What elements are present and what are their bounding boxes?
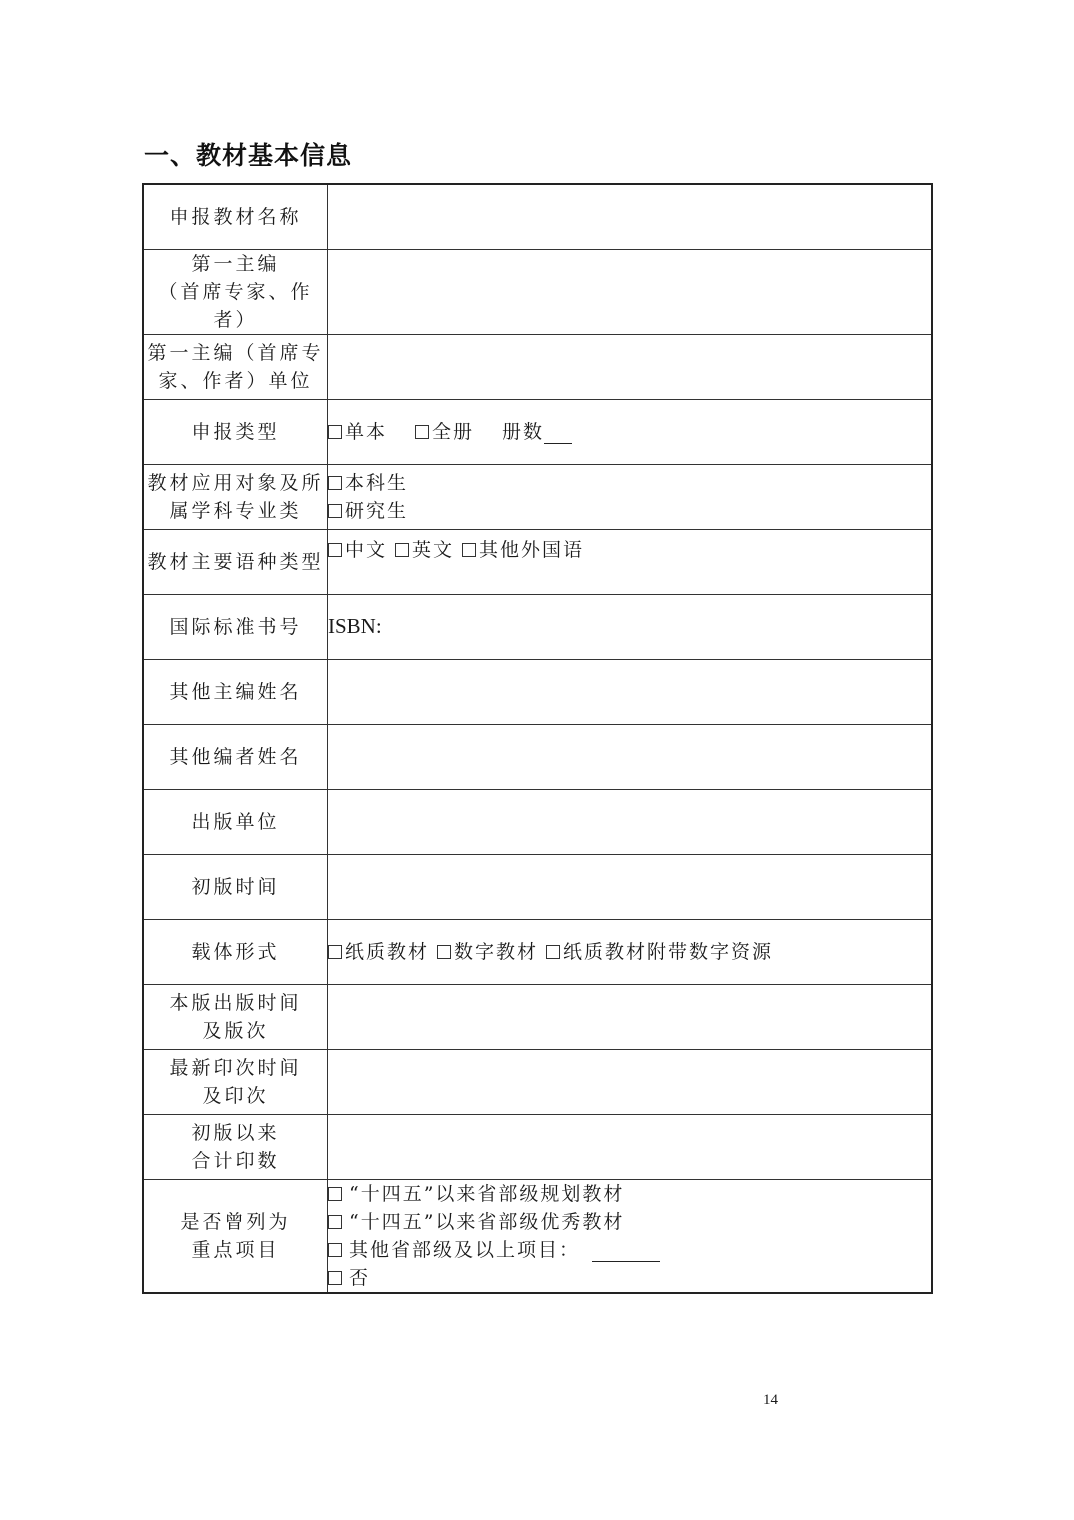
checkbox-icon[interactable]: [328, 476, 342, 490]
field-total-printed[interactable]: [328, 1114, 933, 1179]
section-title: 一、教材基本信息: [144, 136, 352, 172]
field-key-project: “十四五”以来省部级规划教材 “十四五”以来省部级优秀教材 其他省部级及以上项目…: [328, 1179, 933, 1293]
option-digital[interactable]: 数字教材: [437, 938, 538, 966]
checkbox-icon[interactable]: [328, 504, 342, 518]
label-isbn: 国际标准书号: [143, 594, 328, 659]
option-graduate[interactable]: 研究生: [328, 497, 931, 525]
checkbox-icon[interactable]: [328, 1271, 342, 1285]
row-key-project: 是否曾列为 重点项目 “十四五”以来省部级规划教材 “十四五”以来省部级优秀教材…: [143, 1179, 932, 1293]
checkbox-icon[interactable]: [546, 945, 560, 959]
field-language: 中文英文其他外国语: [328, 529, 933, 594]
row-current-edition: 本版出版时间 及版次: [143, 984, 932, 1049]
field-first-editor[interactable]: [328, 249, 933, 334]
option-other-foreign[interactable]: 其他外国语: [462, 536, 584, 564]
label-first-editor-unit: 第一主编（首席专 家、作者）单位: [143, 334, 328, 399]
field-carrier-form: 纸质教材数字教材纸质教材附带数字资源: [328, 919, 933, 984]
textbook-info-table: 申报教材名称 第一主编 （首席专家、作 者） 第一主编（首席专 家、作者）单位 …: [142, 183, 933, 1294]
isbn-prefix: ISBN:: [328, 614, 382, 638]
option-no[interactable]: 否: [328, 1264, 931, 1292]
option-undergraduate[interactable]: 本科生: [328, 469, 931, 497]
checkbox-icon[interactable]: [437, 945, 451, 959]
field-first-editor-unit[interactable]: [328, 334, 933, 399]
checkbox-icon[interactable]: [328, 945, 342, 959]
option-other-project[interactable]: 其他省部级及以上项目：: [328, 1236, 931, 1264]
field-application-type: 单本全册册数: [328, 399, 933, 464]
label-latest-printing: 最新印次时间 及印次: [143, 1049, 328, 1114]
row-other-editors: 其他编者姓名: [143, 724, 932, 789]
row-application-type: 申报类型 单本全册册数: [143, 399, 932, 464]
label-carrier-form: 载体形式: [143, 919, 328, 984]
row-latest-printing: 最新印次时间 及印次: [143, 1049, 932, 1114]
row-publisher: 出版单位: [143, 789, 932, 854]
field-current-edition[interactable]: [328, 984, 933, 1049]
checkbox-icon[interactable]: [415, 425, 429, 439]
field-first-edition-date[interactable]: [328, 854, 933, 919]
field-isbn[interactable]: ISBN:: [328, 594, 933, 659]
label-total-printed: 初版以来 合计印数: [143, 1114, 328, 1179]
field-latest-printing[interactable]: [328, 1049, 933, 1114]
row-isbn: 国际标准书号 ISBN:: [143, 594, 932, 659]
other-project-field[interactable]: [592, 1241, 660, 1262]
checkbox-icon[interactable]: [328, 1187, 342, 1201]
label-audience: 教材应用对象及所 属学科专业类: [143, 464, 328, 529]
option-english[interactable]: 英文: [395, 536, 454, 564]
checkbox-icon[interactable]: [328, 425, 342, 439]
volume-count-field[interactable]: [544, 423, 572, 444]
row-textbook-name: 申报教材名称: [143, 184, 932, 249]
row-language: 教材主要语种类型 中文英文其他外国语: [143, 529, 932, 594]
volume-count-label: 册数: [502, 421, 544, 443]
option-excellent-textbook[interactable]: “十四五”以来省部级优秀教材: [328, 1208, 931, 1236]
label-textbook-name: 申报教材名称: [143, 184, 328, 249]
field-other-editors[interactable]: [328, 724, 933, 789]
option-paper[interactable]: 纸质教材: [328, 938, 429, 966]
label-first-edition-date: 初版时间: [143, 854, 328, 919]
field-audience: 本科生 研究生: [328, 464, 933, 529]
label-publisher: 出版单位: [143, 789, 328, 854]
label-application-type: 申报类型: [143, 399, 328, 464]
row-total-printed: 初版以来 合计印数: [143, 1114, 932, 1179]
option-planned-textbook[interactable]: “十四五”以来省部级规划教材: [328, 1180, 931, 1208]
label-language: 教材主要语种类型: [143, 529, 328, 594]
field-textbook-name[interactable]: [328, 184, 933, 249]
option-chinese[interactable]: 中文: [328, 536, 387, 564]
label-current-edition: 本版出版时间 及版次: [143, 984, 328, 1049]
page-number: 14: [763, 1392, 778, 1409]
row-first-edition-date: 初版时间: [143, 854, 932, 919]
row-first-editor: 第一主编 （首席专家、作 者）: [143, 249, 932, 334]
option-paper-with-digital[interactable]: 纸质教材附带数字资源: [546, 938, 773, 966]
checkbox-icon[interactable]: [395, 543, 409, 557]
row-audience: 教材应用对象及所 属学科专业类 本科生 研究生: [143, 464, 932, 529]
row-other-chief-editors: 其他主编姓名: [143, 659, 932, 724]
field-publisher[interactable]: [328, 789, 933, 854]
checkbox-icon[interactable]: [328, 543, 342, 557]
option-full-set[interactable]: 全册: [415, 418, 474, 446]
label-key-project: 是否曾列为 重点项目: [143, 1179, 328, 1293]
checkbox-icon[interactable]: [328, 1215, 342, 1229]
checkbox-icon[interactable]: [462, 543, 476, 557]
checkbox-icon[interactable]: [328, 1243, 342, 1257]
field-other-chief-editors[interactable]: [328, 659, 933, 724]
row-first-editor-unit: 第一主编（首席专 家、作者）单位: [143, 334, 932, 399]
label-other-editors: 其他编者姓名: [143, 724, 328, 789]
option-single-volume[interactable]: 单本: [328, 418, 387, 446]
label-first-editor: 第一主编 （首席专家、作 者）: [143, 249, 328, 334]
label-other-chief-editors: 其他主编姓名: [143, 659, 328, 724]
row-carrier-form: 载体形式 纸质教材数字教材纸质教材附带数字资源: [143, 919, 932, 984]
